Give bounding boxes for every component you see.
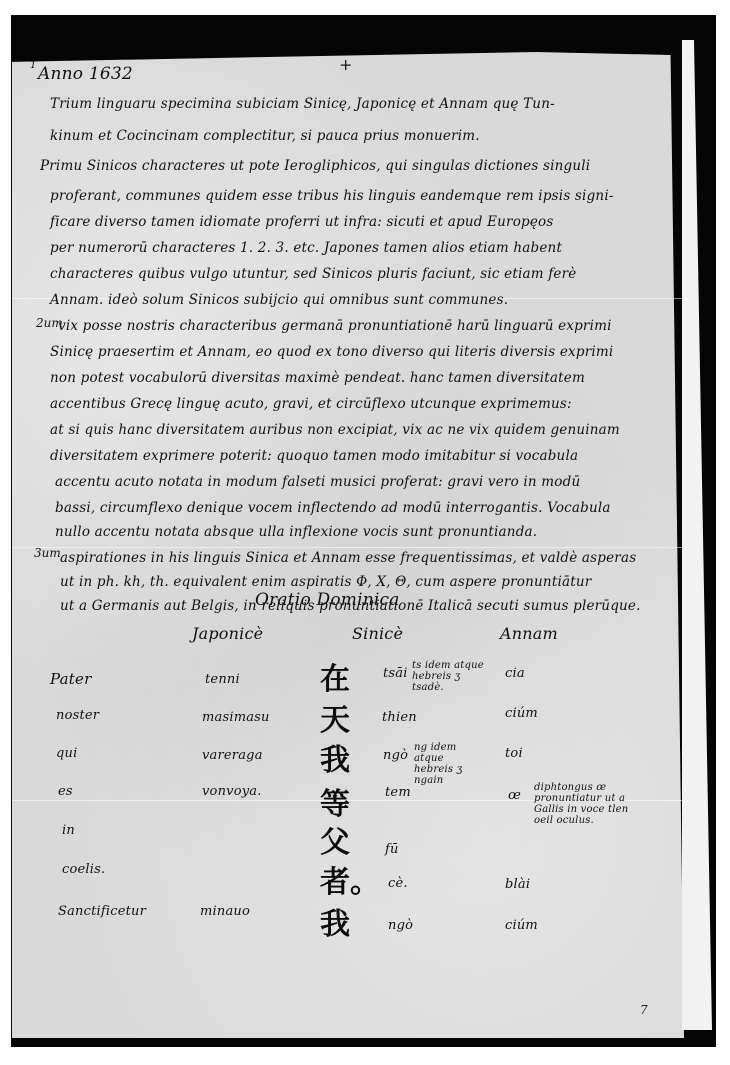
japonice-word: tenni [205,672,240,687]
sinice-word: thien [382,710,417,725]
annam-word: toi [505,746,523,761]
sinice-note: ts idem atque hebreis ʒ tsadè. [412,660,487,693]
page-number: 7 [640,1003,648,1017]
point-marker: 3um [34,546,61,560]
sinice-word: fū [385,842,399,857]
sinice-word: cè. [388,876,408,891]
latin-word: noster [56,708,99,723]
japonice-word: vonvoya. [202,784,262,799]
text-line: kinum et Cocincinam complectitur, si pau… [50,128,480,144]
text-line: nullo accentu notata absque ulla inflexi… [55,524,537,540]
annam-word: ciúm [505,706,538,721]
text-line: Primu Sinicos characteres ut pote Ierogl… [40,158,590,174]
year-note: Anno 1632 [38,64,133,84]
sinice-word: ngò [383,748,408,763]
hanzi-char: 我 [320,910,350,940]
text-line: non potest vocabulorū diversitas maximè … [50,370,585,386]
hanzi-char: 在 [320,665,350,695]
annam-note: diphtongus œ pronuntiatur ut a Gallis in… [534,782,639,826]
text-line: characteres quibus vulgo utuntur, sed Si… [50,266,576,282]
japonice-word: minauo [200,904,250,919]
annam-word: œ [508,788,521,803]
text-line: Sinicę praesertim et Annam, eo quod ex t… [50,344,613,360]
text-line: Trium linguaru specimina subiciam Sinicę… [50,96,555,112]
text-line: vix posse nostris characteribus germanā … [58,318,612,334]
hanzi-char: 等 [320,790,350,820]
text-line: bassi, circumflexo denique vocem inflect… [55,500,611,516]
column-header-annam: Annam [500,624,558,643]
fold-line [12,547,682,548]
column-header-sinice: Sinicè [352,624,403,643]
annam-word: blài [505,877,530,892]
prayer-title: Oratio Dominica [255,590,400,610]
text-line: per numerorū characteres 1. 2. 3. etc. J… [50,240,562,256]
cross-mark: + [339,55,352,74]
latin-word: in [62,823,75,838]
text-line: ut in ph. kh, th. equivalent enim aspira… [60,574,591,590]
latin-word: qui [56,746,77,761]
hanzi-char: 父 [320,828,350,858]
column-header-japonice: Japonicè [192,624,263,643]
hanzi-char: 者。 [320,868,380,898]
japonice-word: masimasu [202,710,270,725]
text-line: ficare diverso tamen idiomate proferri u… [50,214,554,230]
sinice-note: ng idem atque hebreis ʒ ngain [414,742,486,786]
latin-word: Pater [50,670,91,688]
sinice-word: tem [385,785,411,800]
annam-word: ciúm [505,918,538,933]
latin-word: es [58,784,73,799]
text-line: proferant, communes quidem esse tribus h… [50,188,614,204]
hanzi-char: 天 [320,706,350,736]
text-line: Annam. ideò solum Sinicos subijcio qui o… [50,292,508,308]
text-line: accentu acuto notata in modum falseti mu… [55,474,580,490]
hanzi-char: 我 [320,746,350,776]
text-line: aspirationes in his linguis Sinica et An… [60,550,636,566]
annam-word: cia [505,666,525,681]
sinice-word: tsāi [383,666,408,681]
text-line: diversitatem exprimere poterit: quoquo t… [50,448,578,464]
text-line: at si quis hanc diversitatem auribus non… [50,422,620,438]
year-note-marker: 1 [30,60,36,71]
latin-word: coelis. [62,862,105,877]
text-line: accentibus Grecę linguę acuto, gravi, et… [50,396,572,412]
latin-word: Sanctificetur [58,904,146,919]
sinice-word: ngò [388,918,413,933]
japonice-word: vareraga [202,748,263,763]
